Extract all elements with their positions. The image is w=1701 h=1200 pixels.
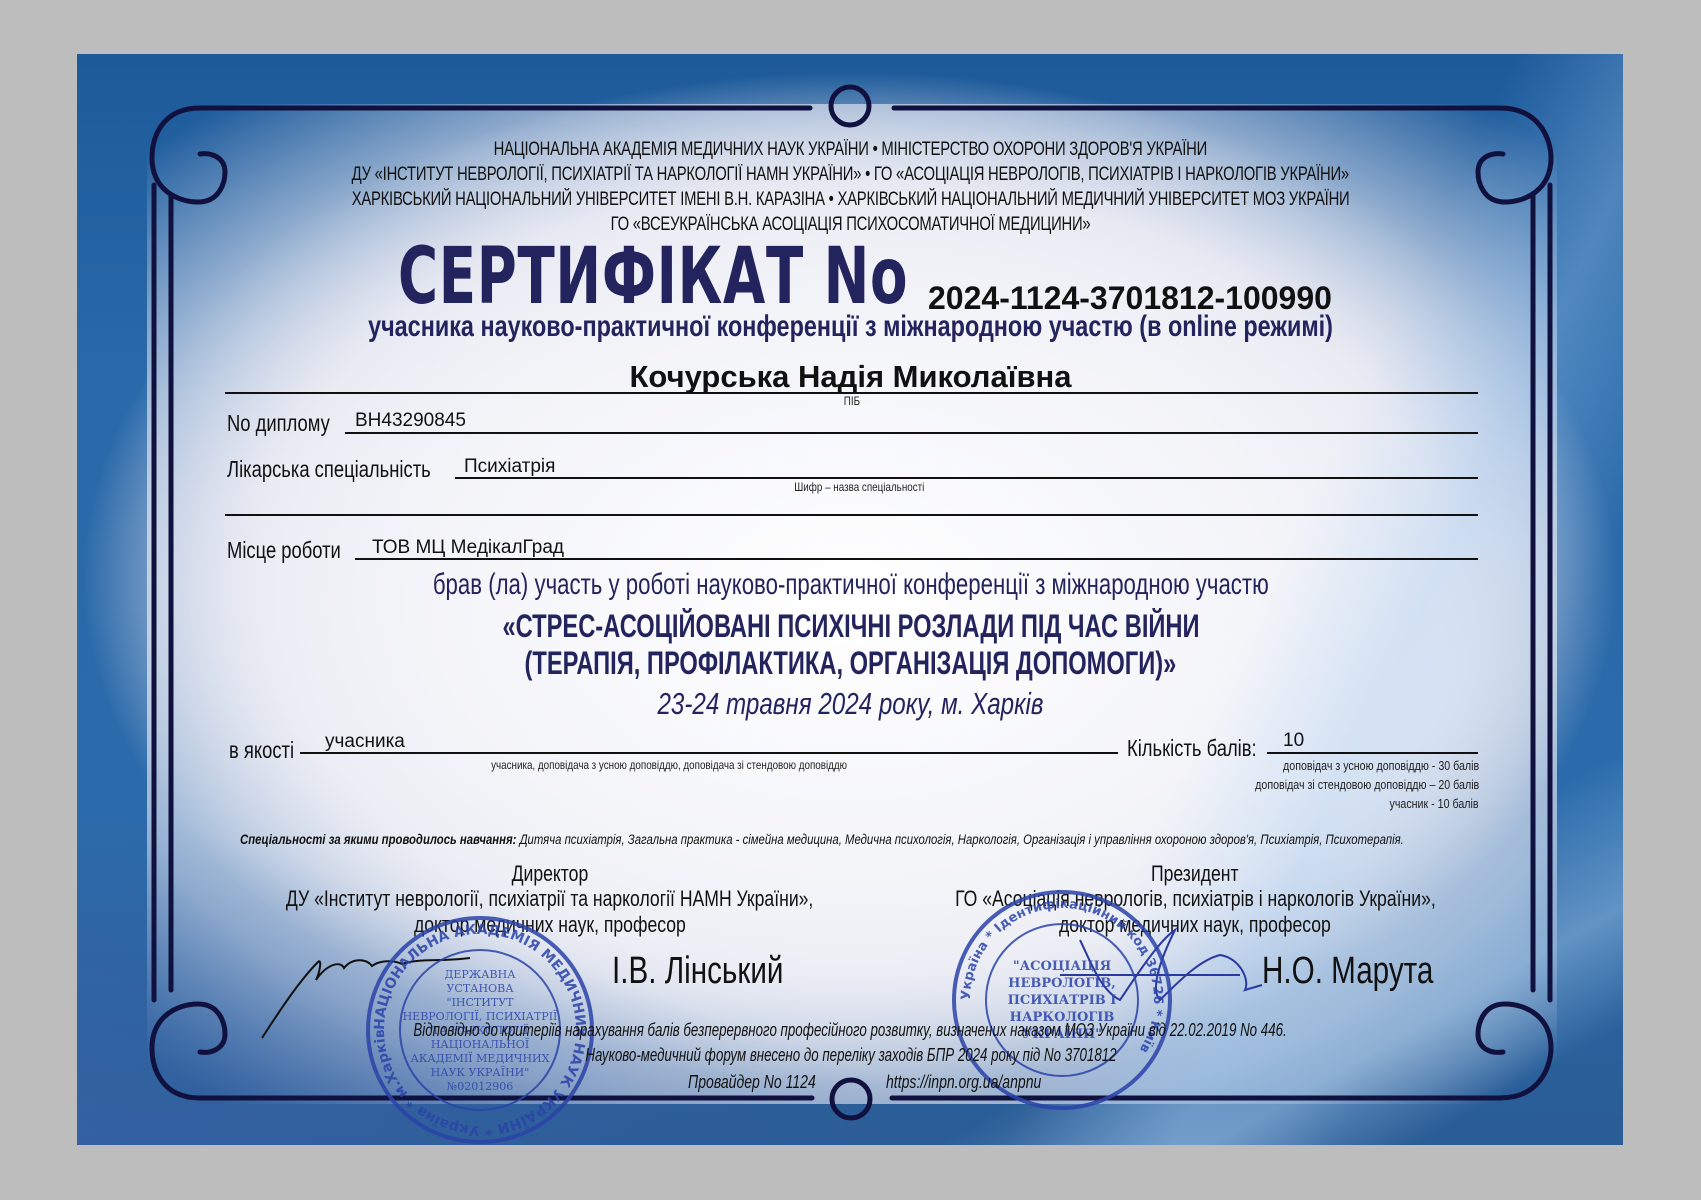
stamp-line: "ІНСТИТУТ — [447, 996, 515, 1009]
footer-cpd-note: Відповідно до критеріїв нарахування балі… — [0, 1020, 1701, 1041]
stamp-line: НАУК УКРАЇНИ" — [431, 1065, 530, 1079]
stamp-line: №02012906 — [447, 1080, 513, 1093]
stamp-line: "АСОЦІАЦІЯ — [1013, 959, 1111, 974]
stamp-line: ПСИХІАТРІВ І — [1008, 993, 1117, 1008]
footer-forum-note: Науково-медичний форум внесено до перелі… — [0, 1045, 1701, 1066]
stamp-line: НЕВРОЛОГІВ, — [1008, 976, 1116, 991]
footer-url[interactable]: https://inpn.org.ua/anpnu — [886, 1072, 1085, 1093]
stamp-line: ДЕРЖАВНА — [444, 968, 516, 981]
stamp-line: УСТАНОВА — [446, 982, 514, 995]
footer-provider: Провайдер No 1124 — [652, 1072, 816, 1093]
